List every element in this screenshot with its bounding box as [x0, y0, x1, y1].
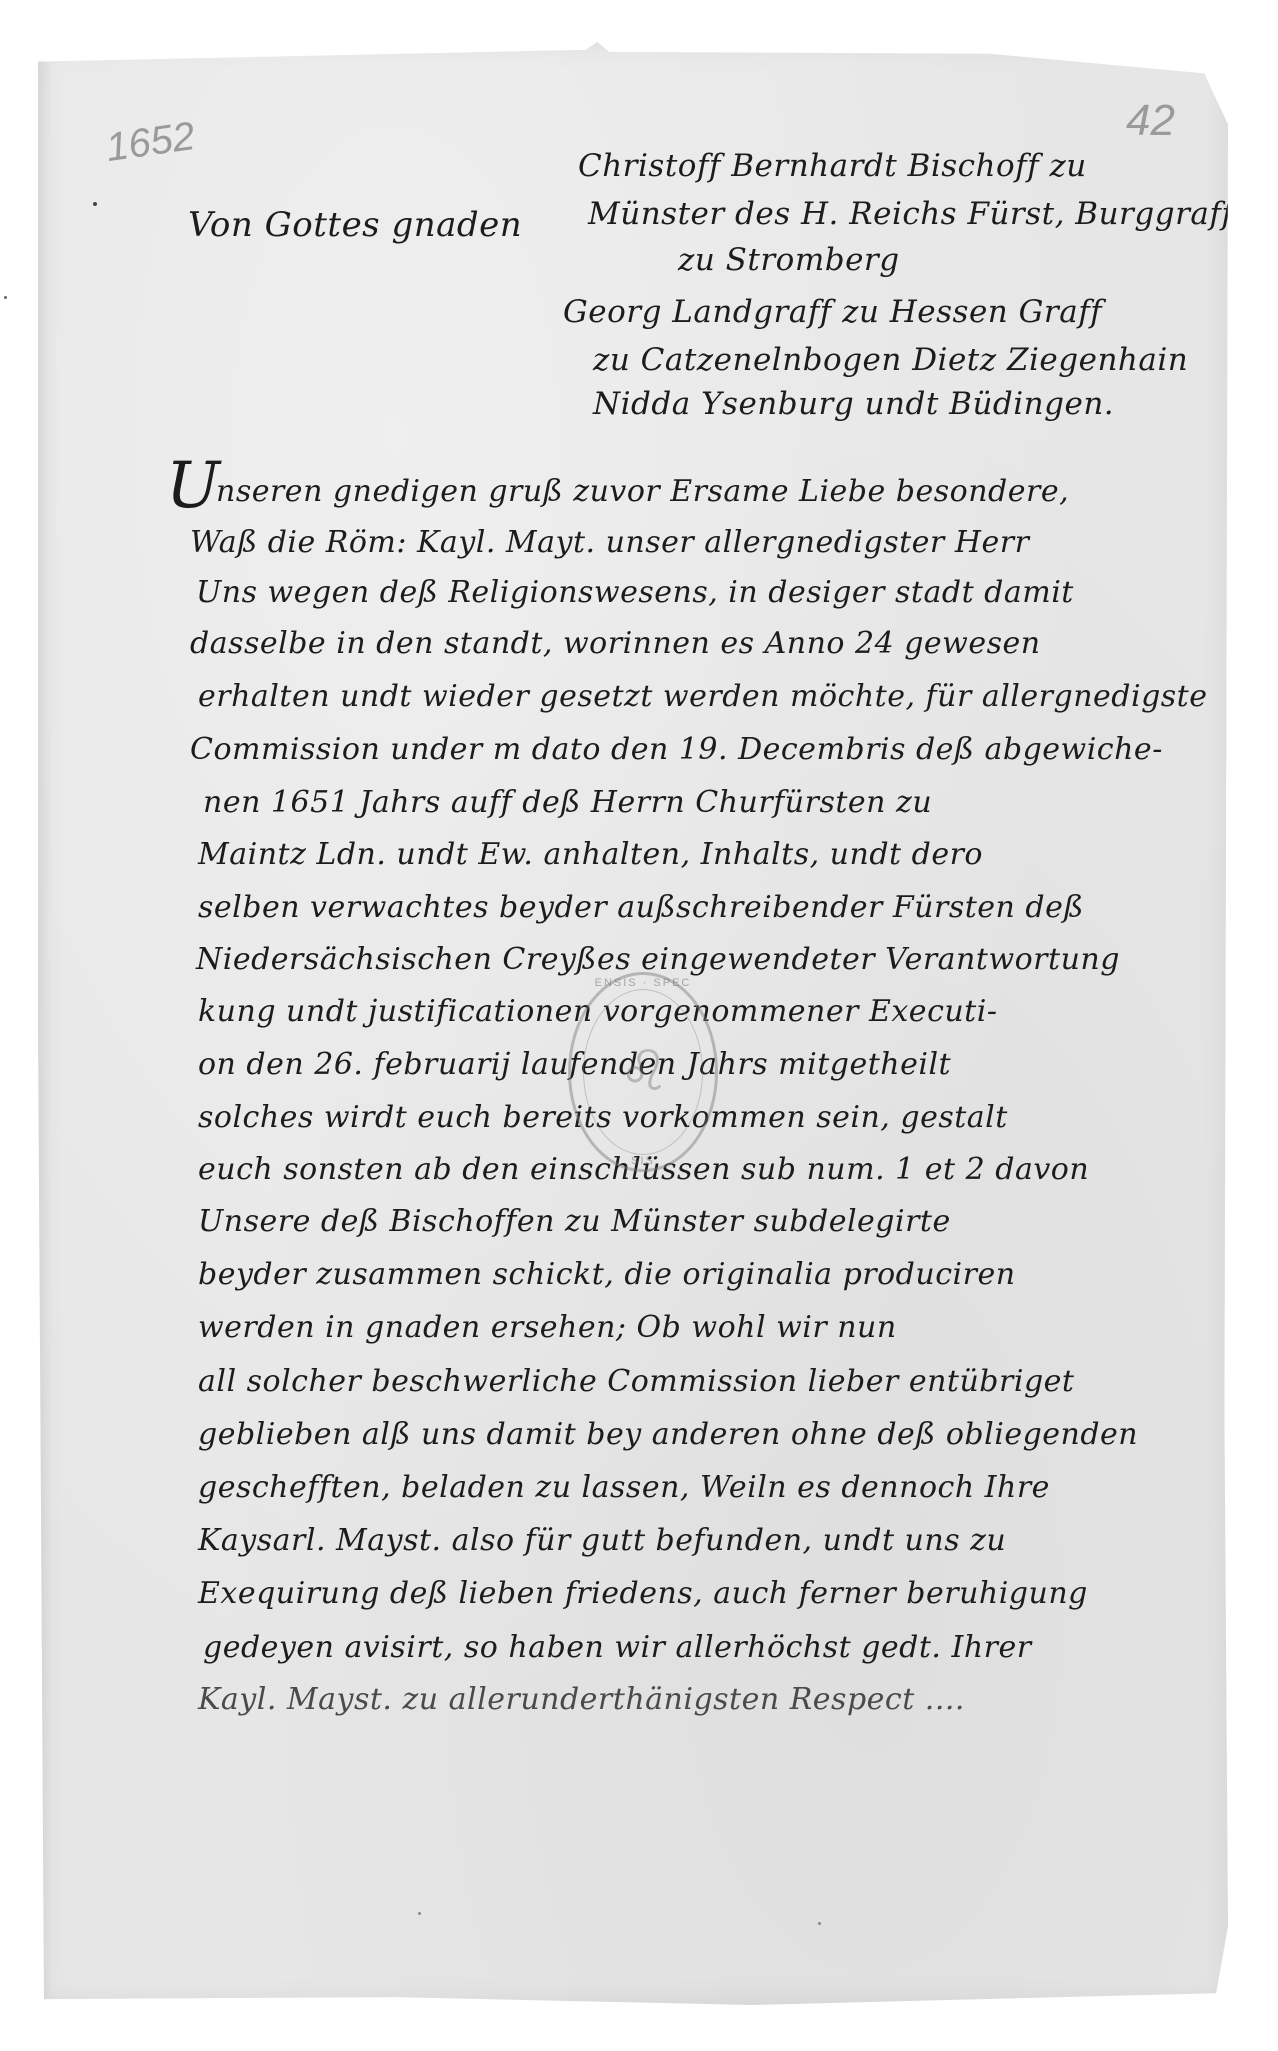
- body-line: erhalten undt wieder gesetzt werden möch…: [198, 679, 1208, 714]
- lion-emblem-icon: ♌: [609, 1037, 679, 1107]
- body-line: beyder zusammen schickt, die originalia …: [198, 1257, 1016, 1292]
- body-line: nen 1651 Jahrs auff deß Herrn Churfürste…: [203, 785, 932, 820]
- background-speck: [4, 296, 7, 299]
- intitulatio: Von Gottes gnaden: [188, 205, 522, 245]
- body-line: geschefften, beladen zu lassen, Weiln es…: [198, 1470, 1050, 1505]
- stamp-rim-text-top: ENSIS · SPEC: [571, 977, 715, 989]
- ink-speck: [418, 1912, 421, 1915]
- body-line: werden in gnaden ersehen; Ob wohl wir nu…: [198, 1310, 897, 1345]
- body-line: Kayl. Mayst. zu allerunderthänigsten Res…: [198, 1682, 965, 1717]
- manuscript-page: 1652 42 Von Gottes gnaden Christoff Bern…: [38, 42, 1228, 2005]
- body-line: geblieben alß uns damit bey anderen ohne…: [198, 1417, 1138, 1452]
- pencil-date-annotation: 1652: [103, 114, 197, 171]
- body-line: all solcher beschwerliche Commission lie…: [198, 1364, 1074, 1399]
- body-line: Exequirung deß lieben friedens, auch fer…: [198, 1576, 1088, 1611]
- header-line: zu Stromberg: [678, 242, 900, 278]
- ink-speck: [93, 202, 97, 206]
- header-line: Münster des H. Reichs Fürst, Burggraff: [588, 196, 1233, 232]
- body-line: dasselbe in den standt, worinnen es Anno…: [190, 626, 1041, 661]
- body-line: Maintz Ldn. undt Ew. anhalten, Inhalts, …: [198, 837, 983, 872]
- body-line: Waß die Röm: Kayl. Mayt. unser allergned…: [190, 525, 1029, 560]
- body-line: Niedersächsischen Creyßes eingewendeter …: [196, 942, 1120, 977]
- archival-stamp: ENSIS · SPEC ♌ SIS: [568, 972, 718, 1172]
- body-line: selben verwachtes beyder außschreibender…: [198, 890, 1084, 925]
- stamp-rim-text-bottom: SIS: [571, 1155, 715, 1167]
- body-line: Commission under m dato den 19. Decembri…: [190, 732, 1163, 767]
- header-line: zu Catzenelnbogen Dietz Ziegenhain: [593, 342, 1188, 378]
- pencil-folio-number: 42: [1126, 96, 1175, 146]
- body-line: Uns wegen deß Religionswesens, in desige…: [196, 575, 1074, 610]
- body-line: Kaysarl. Mayst. also für gutt befunden, …: [198, 1523, 1006, 1558]
- body-line: nseren gnedigen gruß zuvor Ersame Liebe …: [216, 474, 1069, 509]
- ink-speck: [818, 1922, 821, 1925]
- header-line: Christoff Bernhardt Bischoff zu: [578, 148, 1087, 184]
- body-initial-letter: U: [166, 454, 220, 518]
- header-line: Nidda Ysenburg undt Büdingen.: [593, 386, 1114, 422]
- header-line: Georg Landgraff zu Hessen Graff: [563, 294, 1102, 330]
- body-line: Unsere deß Bischoffen zu Münster subdele…: [198, 1204, 951, 1239]
- body-line: gedeyen avisirt, so haben wir allerhöchs…: [203, 1630, 1032, 1665]
